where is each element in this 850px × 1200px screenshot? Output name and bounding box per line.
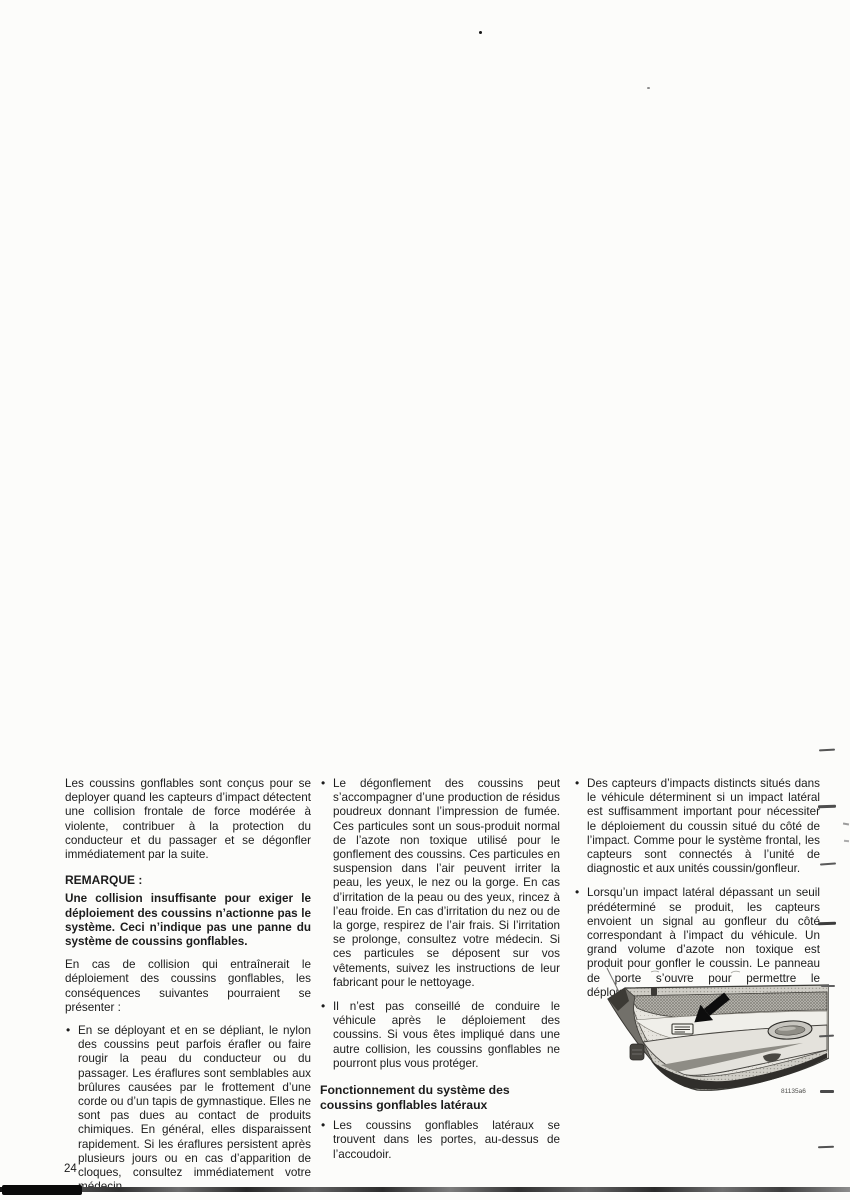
list-item: Il n’est pas conseillé de conduire le vé…: [320, 1000, 560, 1071]
column-2-bullets: Le dégonflement des coussins peut s’acco…: [320, 777, 560, 1071]
column-2: Le dégonflement des coussins peut s’acco…: [320, 777, 560, 1172]
airbag-label: [672, 1024, 693, 1034]
edge-mark: [843, 822, 849, 825]
intro-paragraph: Les coussins gonflables sont conçus pour…: [65, 777, 311, 862]
scan-speck: [647, 87, 650, 89]
scan-smudge: [651, 971, 689, 976]
list-item: Le dégonflement des coussins peut s’acco…: [320, 777, 560, 990]
manual-page: Les coussins gonflables sont conçus pour…: [0, 0, 850, 1200]
remarque-text: Une collision insuffisante pour exiger l…: [65, 892, 311, 949]
remarque-label: REMARQUE :: [65, 873, 311, 887]
binding-mark: [820, 862, 836, 865]
scan-speck: [479, 31, 482, 34]
list-item: En se déployant et en se dépliant, le ny…: [65, 1024, 311, 1194]
door-panel-illustration: 81135a6: [591, 966, 829, 1098]
list-item: Des capteurs d’impacts distincts situés …: [574, 777, 820, 876]
courtesy-lamp: [630, 1044, 644, 1060]
binding-mark: [819, 1035, 834, 1038]
column-1-bullets: En se déployant et en se dépliant, le ny…: [65, 1024, 311, 1194]
list-item: Les coussins gonflables latéraux se trou…: [320, 1119, 560, 1162]
door-lock-knob: [651, 987, 657, 996]
collision-paragraph: En cas de collision qui entraînerait le …: [65, 958, 311, 1015]
column-1: Les coussins gonflables sont conçus pour…: [65, 777, 311, 1200]
binding-mark: [819, 749, 835, 752]
scan-smudge: [731, 971, 740, 973]
edge-mark: [844, 840, 849, 843]
scan-bottom-edge: [0, 1187, 850, 1192]
binding-mark: [821, 985, 835, 987]
binding-mark: [818, 805, 836, 808]
figure-caption-code: 81135a6: [781, 1088, 806, 1095]
side-airbag-heading: Fonctionnement du système des coussins g…: [320, 1083, 560, 1112]
binding-mark: [818, 922, 836, 926]
scan-bottom-blob: [2, 1185, 82, 1195]
column-2-bullets-after: Les coussins gonflables latéraux se trou…: [320, 1119, 560, 1162]
page-number: 24: [64, 1163, 77, 1175]
binding-mark: [818, 1146, 834, 1149]
door-panel-figure: 81135a6: [591, 966, 829, 1098]
binding-mark: [820, 1090, 834, 1093]
